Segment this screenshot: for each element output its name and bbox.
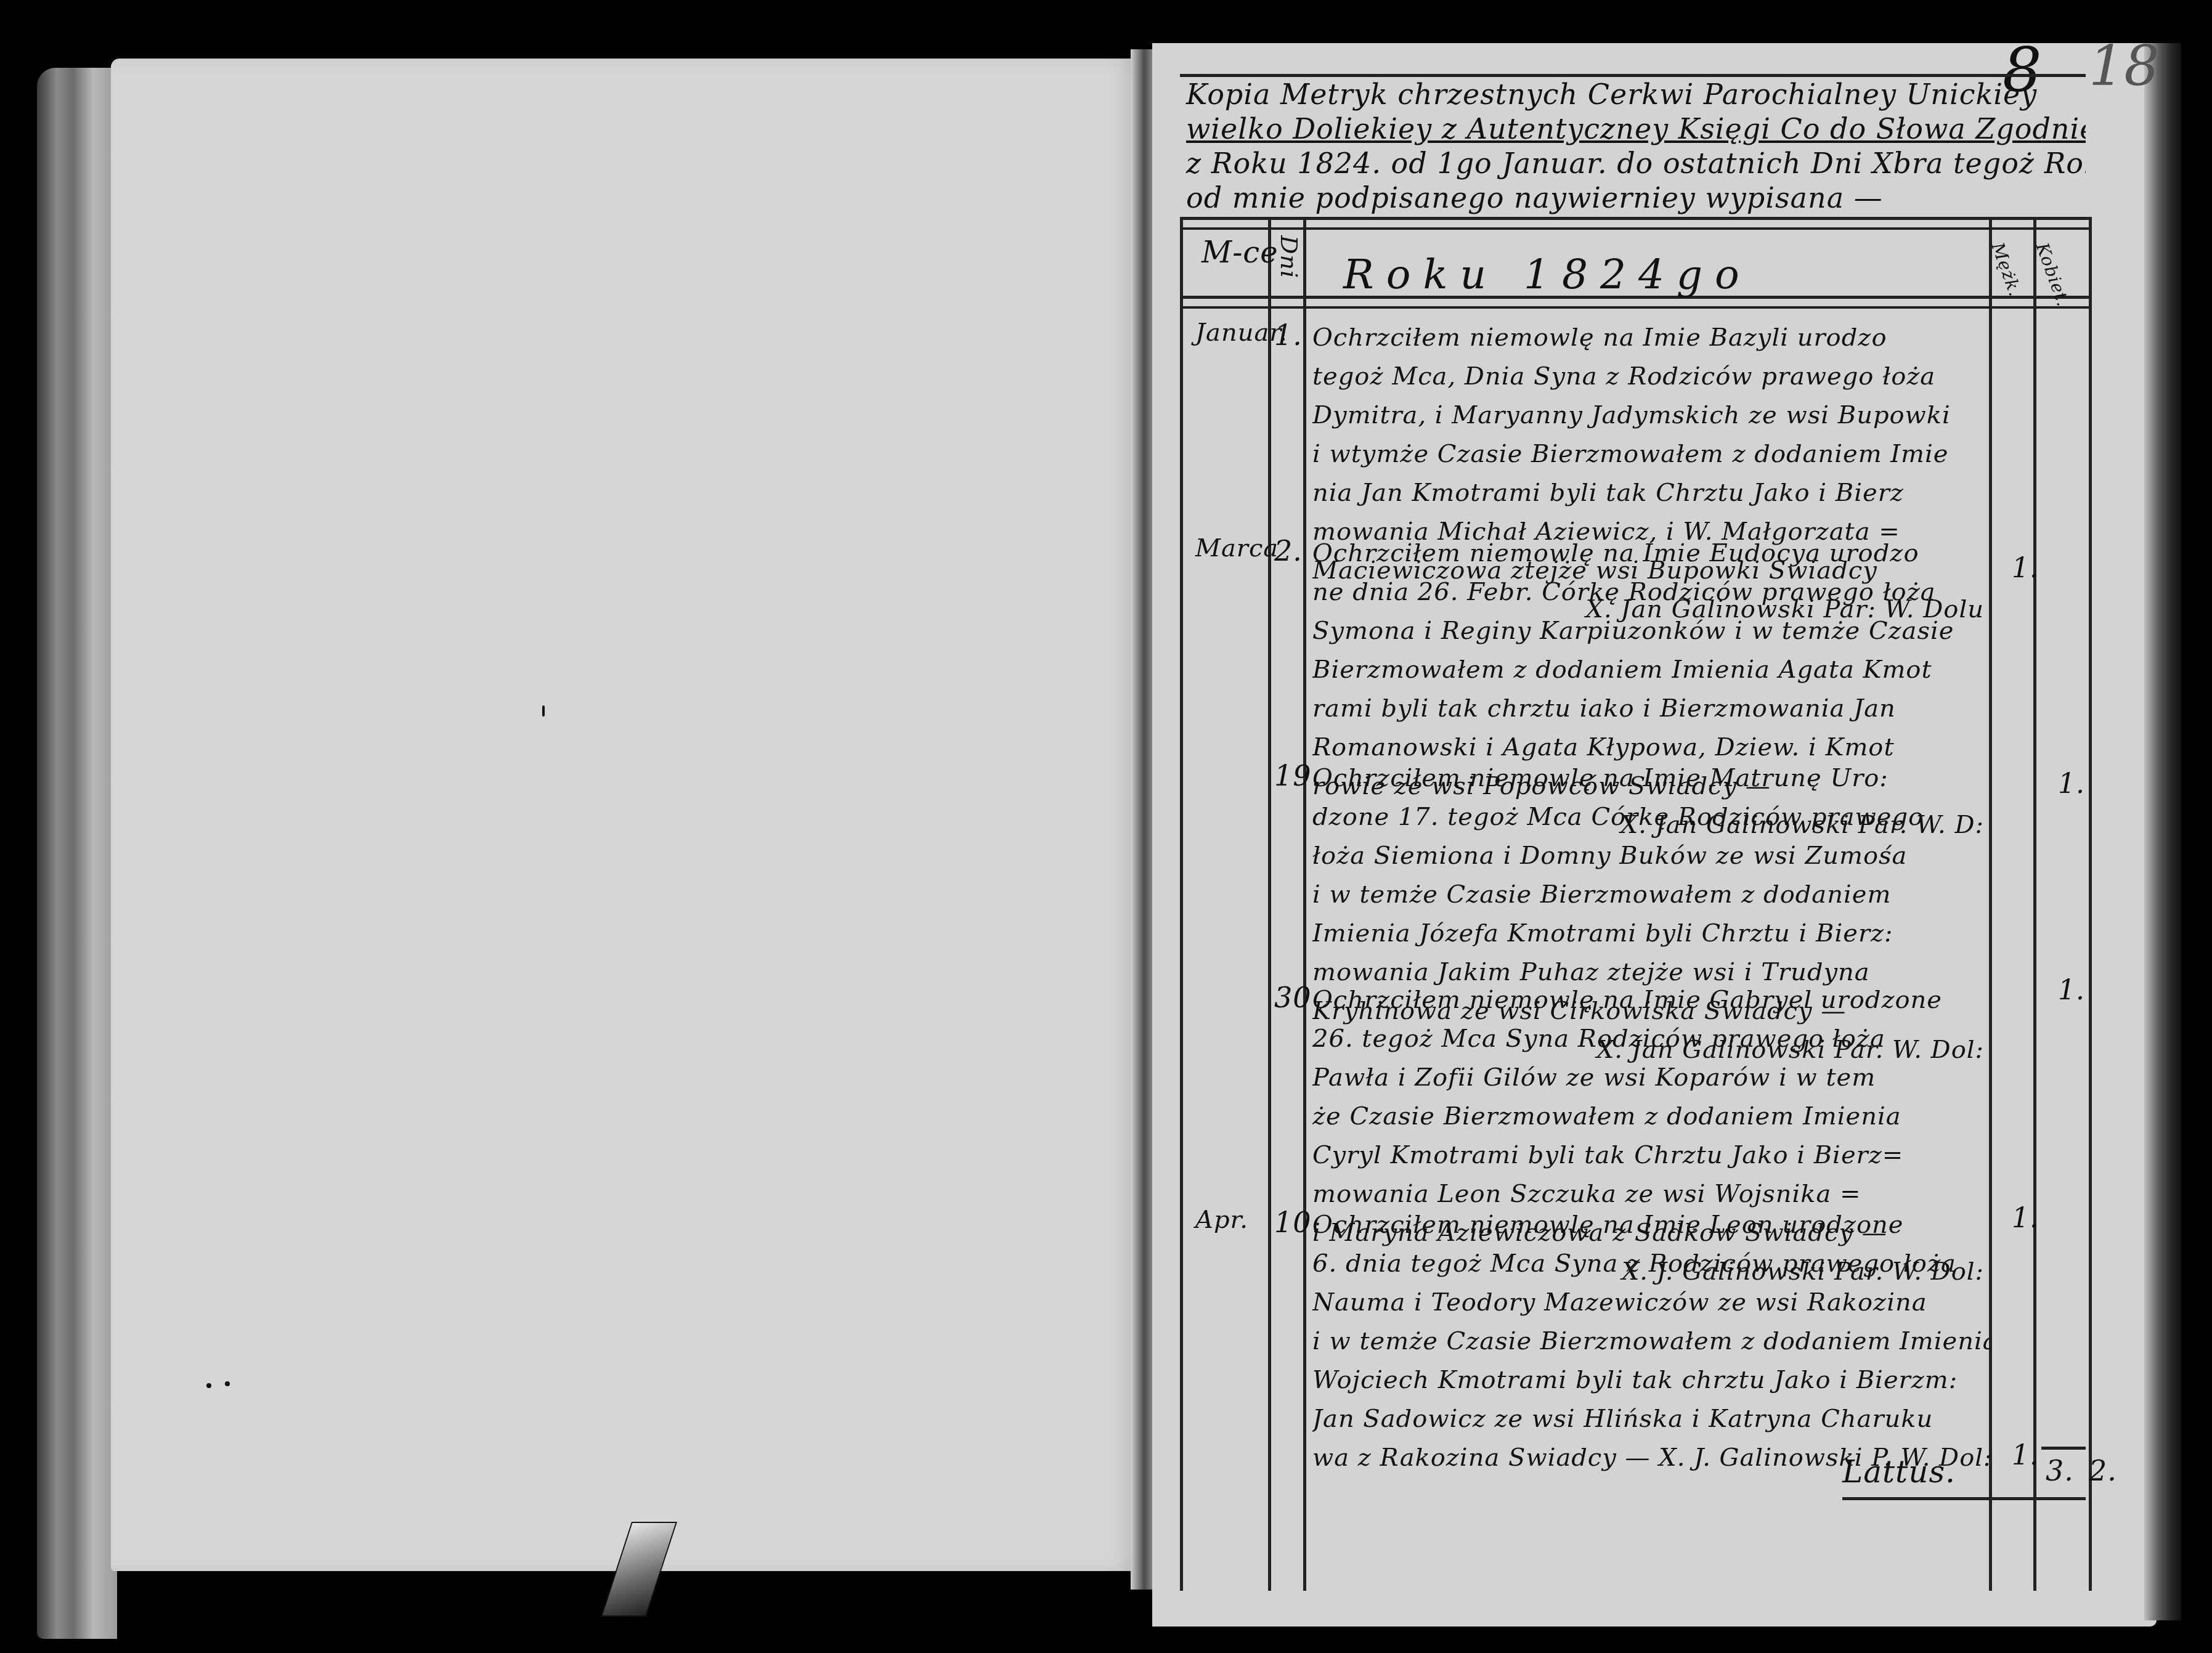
entry-line: Nauma i Teodory Mazewiczów ze wsi Rakozi… [1312, 1283, 1990, 1322]
entry-line: 26. tegoż Mca Syna Rodziców prawego łoża [1312, 1020, 1990, 1058]
entry-line: Jan Sadowicz ze wsi Hlińska i Katryna Ch… [1312, 1400, 1990, 1439]
entry-month: Apr. [1195, 1206, 1248, 1234]
summa-label: Lattus. [1842, 1454, 1956, 1490]
entry-line: łoża Siemiona i Domny Buków ze wsi Zumoś… [1312, 837, 1990, 875]
entry-line: dzone 17. tegoż Mca Córkę Rodziców prawe… [1312, 798, 1990, 837]
open-register-book: 8 18 Kopia Metryk chrzestnych Cerkwi Par… [0, 0, 2212, 1653]
title-line: od mnie podpisanego naywierniey wypisana… [1180, 181, 2086, 215]
entry-line: Dymitra, i Maryanny Jadymskich ze wsi Bu… [1312, 396, 1990, 435]
entry-line: Ochrzciłem niemowlę na Imie Bazyli urodz… [1312, 319, 1990, 357]
left-page-edges [37, 68, 117, 1639]
entry-line: i wtymże Czasie Bierzmowałem z dodaniem … [1312, 435, 1990, 474]
entry-line: 6. dnia tegoż Mca Syna z Rodziców praweg… [1312, 1245, 1990, 1283]
header-year: Roku 1824go [1343, 251, 1752, 298]
header-day: Dni [1275, 235, 1303, 278]
title-line: z Roku 1824. od 1go Januar. do ostatnich… [1180, 146, 2086, 181]
entry-line: Ochrzciłem niemowlę na Imie Gabryel urod… [1312, 981, 1990, 1020]
summa-female-total: 2. [2089, 1454, 2117, 1487]
entry-line: Ochrzciłem niemowlę na Imie Matrunę Uro: [1312, 759, 1990, 798]
folio-number: 18 [2089, 34, 2160, 99]
entry-text: Ochrzciłem niemowlę na Imie Leon urodzon… [1312, 1206, 1990, 1477]
entry-day: 30 [1274, 981, 1312, 1014]
entry-line: Imienia Józefa Kmotrami byli Chrztu i Bi… [1312, 914, 1990, 953]
entry-line: Pawła i Zofii Gilów ze wsi Koparów i w t… [1312, 1058, 1990, 1097]
register-title: Kopia Metryk chrzestnych Cerkwi Parochia… [1180, 74, 2086, 222]
header-rule-top [1183, 217, 2089, 230]
entry-line: Symona i Reginy Karpiuzonków i w temże C… [1312, 612, 1990, 651]
entry-female-count: 1. [2058, 975, 2085, 1006]
entry-line: Cyryl Kmotrami byli tak Chrztu Jako i Bi… [1312, 1136, 1990, 1175]
entry-line: Bierzmowałem z dodaniem Imienia Agata Km… [1312, 651, 1990, 689]
entry-line: Wojciech Kmotrami byli tak chrztu Jako i… [1312, 1361, 1990, 1400]
title-line: wielko Doliekiey z Autentyczney Księgi C… [1180, 112, 2086, 146]
ink-speck [225, 1381, 230, 1386]
entry-line: Ochrzciłem niemowlę na Imie Eudocya urod… [1312, 534, 1990, 573]
baptism-register-table: M-ce Dni Roku 1824go Mężk. Kobiet. Janua… [1180, 217, 2092, 1591]
left-page-blank [111, 59, 1146, 1571]
summa-rule-top [2041, 1447, 2086, 1450]
entry-line: tegoż Mca, Dnia Syna z Rodziców prawego … [1312, 357, 1990, 396]
book-spine [1131, 49, 1155, 1590]
entry-day: 1. [1274, 319, 1303, 352]
ink-speck [206, 1383, 211, 1388]
summa-row: Lattus. 3. 2. [1842, 1454, 2086, 1500]
entry-line: że Czasie Bierzmowałem z dodaniem Imieni… [1312, 1097, 1990, 1136]
column-divider-male [2033, 217, 2036, 1591]
entry-line: Ochrzciłem niemowlę na Imie Leon urodzon… [1312, 1206, 1990, 1245]
entry-female-count: 1. [2058, 768, 2085, 800]
summa-male-total: 3. [2046, 1454, 2074, 1487]
column-divider-month [1268, 217, 1271, 1591]
entry-line: i w temże Czasie Bierzmowałem z dodaniem [1312, 875, 1990, 914]
column-divider-number [1303, 217, 1306, 1591]
entry-line: i w temże Czasie Bierzmowałem z dodaniem… [1312, 1322, 1990, 1361]
ink-speck [542, 705, 545, 717]
entry-day: 2. [1274, 534, 1303, 567]
entry-line: ne dnia 26. Febr. Córkę Rodziców prawego… [1312, 573, 1990, 612]
entry-male-count: 1. [2012, 553, 2039, 584]
entry-line: rami byli tak chrztu iako i Bierzmowania… [1312, 689, 1990, 728]
header-male: Mężk. [1987, 240, 2025, 299]
entry-line: nia Jan Kmotrami byli tak Chrztu Jako i … [1312, 474, 1990, 513]
title-line: Kopia Metryk chrzestnych Cerkwi Parochia… [1180, 77, 2086, 112]
entry-male-count: 1. [2012, 1203, 2039, 1234]
right-page-edges [2144, 43, 2181, 1620]
entry-month: Marca [1195, 534, 1279, 563]
header-month: M-ce [1202, 235, 1279, 270]
